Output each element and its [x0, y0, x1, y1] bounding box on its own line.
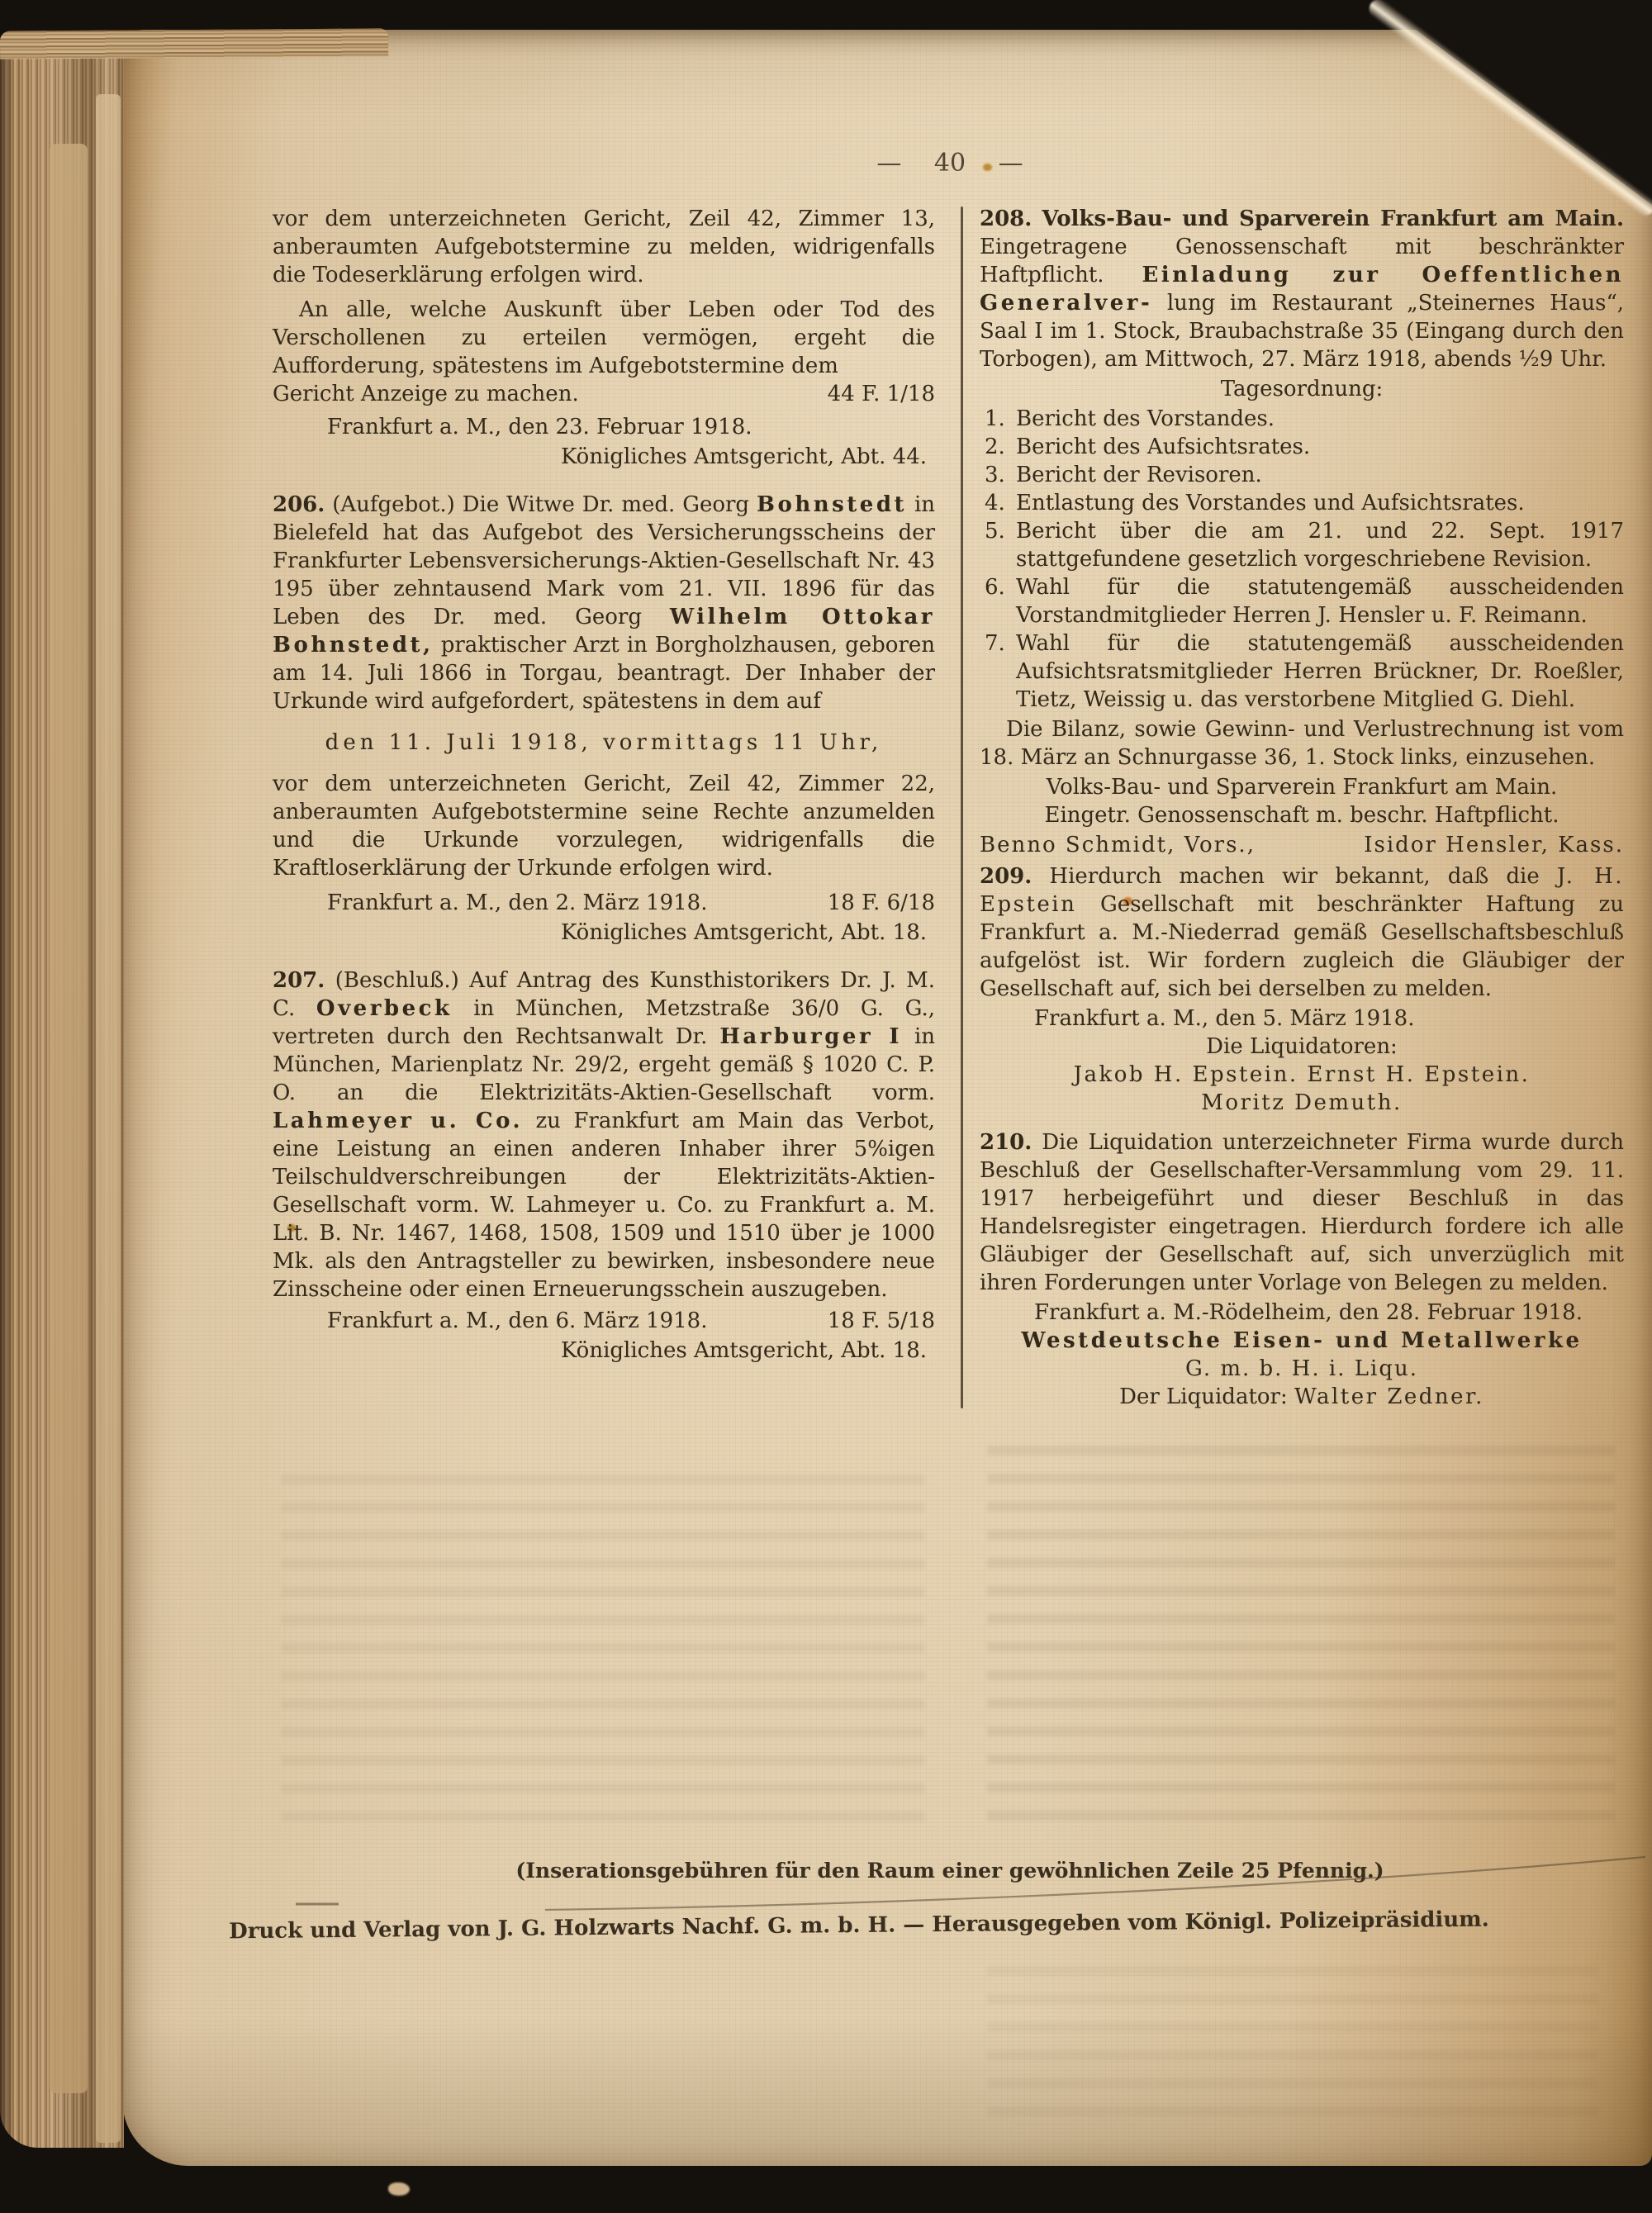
dateline: Frankfurt a. M., den 2. März 1918. 18 F.… [273, 889, 935, 917]
notice-number: 207. [273, 968, 325, 993]
file-reference: 18 F. 6/18 [828, 889, 935, 917]
agenda-item: 5. Bericht über die am 21. und 22. Sept.… [985, 517, 1624, 573]
notice-206-text-2: vor dem unterzeichneten Gericht, Zeil 42… [273, 770, 935, 882]
show-through-text [987, 1966, 1598, 2131]
dateline-text: Frankfurt a. M., den 2. März 1918. [327, 889, 707, 917]
association-name: Volks-Bau- und Sparverein Frankfurt am M… [1042, 207, 1624, 231]
notice-number: 208. [980, 207, 1032, 231]
agenda-item-number: 7. [985, 629, 1016, 714]
page-stack-band [50, 144, 88, 2093]
agenda-item-number: 2. [985, 433, 1016, 461]
left-column: vor dem unterzeichneten Gericht, Zeil 42… [273, 205, 935, 1384]
agenda-item-text: Bericht über die am 21. und 22. Sept. 19… [1016, 517, 1624, 573]
liquidators-title: Die Liquidatoren: [980, 1033, 1624, 1061]
hearing-date-line: den 11. Juli 1918, vormittags 11 Uhr, [273, 729, 935, 757]
column-divider-rule [961, 207, 963, 1408]
notice-205-last-line: Gericht Anzeige zu machen. 44 F. 1/18 [273, 380, 935, 408]
agenda-item-number: 1. [985, 405, 1016, 433]
paper-stain [388, 2182, 410, 2196]
liquidator-names: Jakob H. Epstein. Ernst H. Epstein. [980, 1061, 1624, 1089]
agenda-item-text: Wahl für die statutengemäß ausscheidende… [1016, 573, 1624, 629]
agenda-item-text: Bericht der Revisoren. [1016, 461, 1624, 489]
company-name: Lahmeyer u. Co. [273, 1109, 523, 1133]
agenda-item: 6. Wahl für die statutengemäß ausscheide… [985, 573, 1624, 629]
agenda-item: 3. Bericht der Revisoren. [985, 461, 1624, 489]
right-column: 208. Volks-Bau- und Sparverein Frankfurt… [980, 205, 1624, 1411]
liquidator-label: Der Liquidator: [1119, 1384, 1288, 1409]
agenda-item: 2. Bericht des Aufsichtsrates. [985, 433, 1624, 461]
page-stack-top-edge [0, 28, 388, 59]
dateline-text: Frankfurt a. M., den 5. März 1918. [1034, 1004, 1414, 1033]
agenda-title: Tagesordnung: [980, 375, 1624, 403]
agenda-item-number: 5. [985, 517, 1016, 573]
notice-tag: (Beschluß.) [335, 968, 459, 993]
file-reference: 44 F. 1/18 [828, 380, 935, 408]
agenda-item: 4. Entlastung des Vorstandes und Aufsich… [985, 489, 1624, 517]
agenda-item-number: 4. [985, 489, 1016, 517]
agenda-item-text: Wahl für die statutengemäß ausscheidende… [1016, 629, 1624, 714]
notice-209: 209. Hierdurch machen wir bekannt, daß d… [980, 862, 1624, 1003]
balance-note: Die Bilanz, sowie Gewinn- und Verlustrec… [980, 715, 1624, 772]
show-through-text [281, 1475, 925, 1821]
notice-209-text: Gesellschaft mit beschränkter Haftung zu… [980, 892, 1624, 1001]
notice-205-appeal: An alle, welche Auskunft über Leben oder… [273, 296, 935, 380]
court-signature: Königliches Amtsgericht, Abt. 18. [273, 1337, 935, 1365]
insertion-fees-note: (Inserationsgebühren für den Raum einer … [248, 1859, 1652, 1883]
treasurer-name: Isidor Hensler, Kass. [1364, 831, 1624, 859]
agenda-item-text: Bericht des Vorstandes. [1016, 405, 1624, 433]
dateline: Frankfurt a. M., den 23. Februar 1918. [273, 413, 935, 441]
liquidator-names: Moritz Demuth. [980, 1089, 1624, 1117]
agenda-item-number: 3. [985, 461, 1016, 489]
notice-210-text: Die Liquidation unterzeichneter Firma wu… [980, 1130, 1624, 1295]
notice-number: 209. [980, 864, 1032, 889]
page-stack-band [96, 94, 121, 2143]
notice-209-text: Hierdurch machen wir bekannt, daß die [1049, 864, 1539, 889]
court-signature: Königliches Amtsgericht, Abt. 18. [273, 919, 935, 947]
page-stack-left-edge [0, 45, 124, 2148]
association-name-line: Volks-Bau- und Sparverein Frankfurt am M… [980, 773, 1624, 801]
notice-206: 206. (Aufgebot.) Die Witwe Dr. med. Geor… [273, 491, 935, 715]
notice-tag: (Aufgebot.) [332, 492, 454, 517]
dateline: Frankfurt a. M., den 5. März 1918. [980, 1004, 1624, 1033]
firm-legal-form: G. m. b. H. i. Liqu. [980, 1355, 1624, 1383]
firm-name: Westdeutsche Eisen- und Metallwerke [980, 1327, 1624, 1355]
dateline: Frankfurt a. M.-Rödelheim, den 28. Febru… [980, 1299, 1624, 1327]
page-number: — 40 — [851, 149, 1049, 178]
notice-207: 207. (Beschluß.) Auf Antrag des Kunsthis… [273, 966, 935, 1304]
liquidator-name: Walter Zedner. [1294, 1384, 1484, 1409]
show-through-text [987, 1446, 1615, 1834]
court-signature: Königliches Amtsgericht, Abt. 44. [273, 443, 935, 471]
dateline-text: Frankfurt a. M., den 6. März 1918. [327, 1307, 707, 1335]
chairman-name: Benno Schmidt, Vors., [980, 831, 1256, 859]
agenda-item: 7. Wahl für die statutengemäß ausscheide… [985, 629, 1624, 714]
notice-205-continuation: vor dem unterzeichneten Gericht, Zeil 42… [273, 205, 935, 289]
agenda-item: 1. Bericht des Vorstandes. [985, 405, 1624, 433]
agenda-item-text: Entlastung des Vorstandes und Aufsichtsr… [1016, 489, 1624, 517]
notice-206-text: Die Witwe Dr. med. Georg [463, 492, 749, 517]
person-name: Harburger I [719, 1024, 902, 1049]
notice-207-text: zu Frankfurt am Main das Verbot, eine Le… [273, 1109, 935, 1302]
notice-number: 206. [273, 492, 325, 517]
liquidator-line: Der Liquidator: Walter Zedner. [980, 1383, 1624, 1411]
notice-205-appeal-end: Gericht Anzeige zu machen. [273, 380, 579, 408]
notice-number: 210. [980, 1130, 1032, 1155]
dateline-text: Frankfurt a. M., den 23. Februar 1918. [327, 413, 752, 441]
agenda-item-text: Bericht des Aufsichtsrates. [1016, 433, 1624, 461]
officers-line: Benno Schmidt, Vors., Isidor Hensler, Ka… [980, 831, 1624, 859]
dateline-text: Frankfurt a. M.-Rödelheim, den 28. Febru… [1034, 1299, 1583, 1327]
notice-210: 210. Die Liquidation unterzeichneter Fir… [980, 1128, 1624, 1297]
file-reference: 18 F. 5/18 [828, 1307, 935, 1335]
association-legal-form: Eingetr. Genossenschaft m. beschr. Haftp… [980, 801, 1624, 829]
scanned-gazette-page: — 40 — vor dem unterzeichneten Gericht, … [0, 0, 1652, 2213]
person-name: Overbeck [316, 996, 453, 1021]
agenda-item-number: 6. [985, 573, 1016, 629]
person-name: Bohnstedt [757, 492, 907, 517]
dateline: Frankfurt a. M., den 6. März 1918. 18 F.… [273, 1307, 935, 1335]
notice-208: 208. Volks-Bau- und Sparverein Frankfurt… [980, 205, 1624, 373]
